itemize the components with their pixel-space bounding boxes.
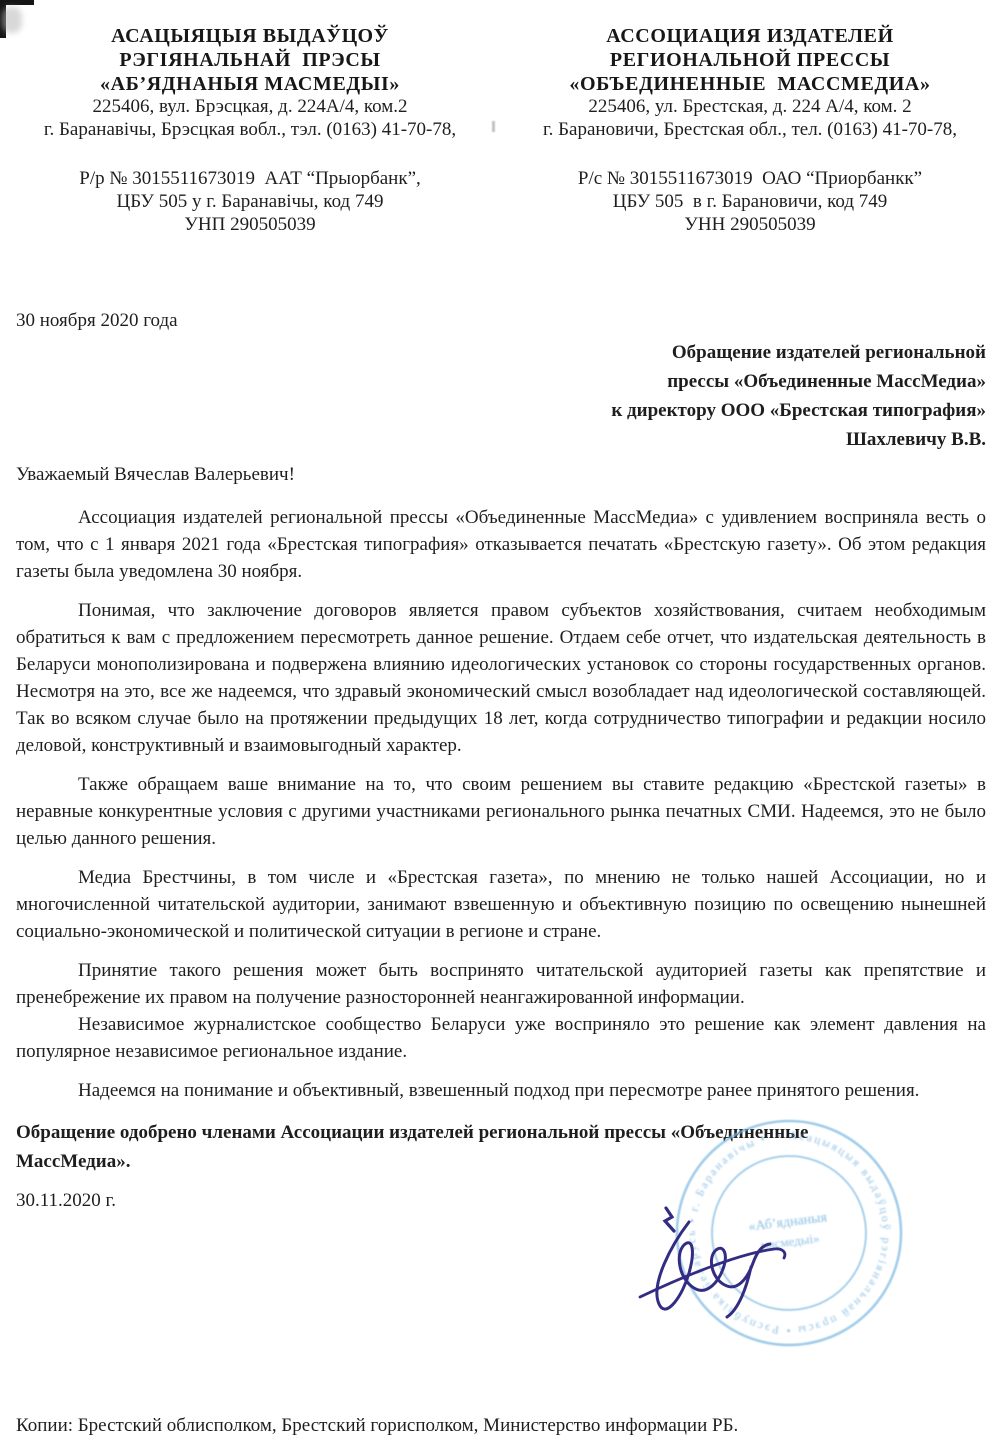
addressee-line: Обращение издателей региональной [0, 338, 986, 367]
body-paragraph: Также обращаем ваше внимание на то, что … [16, 771, 986, 852]
letterhead-line: РЕГИОНАЛЬНОЙ ПРЕССЫ [500, 48, 1000, 72]
letterhead-line: «ОБЪЕДИНЕННЫЕ МАССМЕДИА» [500, 72, 1000, 96]
body-paragraph: Ассоциация издателей региональной прессы… [16, 504, 986, 585]
letterhead-line: УНП 290505039 [0, 213, 500, 236]
addressee-line: к директору ООО «Брестская типография» [0, 396, 986, 425]
org-address-right: 225406, ул. Брестская, д. 224 А/4, ком. … [500, 96, 1000, 141]
addressee-line: прессы «Объединенные МассМедиа» [0, 367, 986, 396]
letter-date: 30 ноября 2020 года [16, 310, 986, 332]
letterhead-line: «АБ’ЯДНАНЫЯ МАСМЕДЫІ» [0, 72, 500, 96]
letterhead-line: АСАЦЫЯЦЫЯ ВЫДАЎЦОЎ [0, 24, 500, 48]
body-paragraph: Надеемся на понимание и объективный, взв… [16, 1077, 986, 1104]
letterhead-line: Р/р № 3015511673019 ААТ “Прыорбанк”, [0, 167, 500, 190]
org-address-left: 225406, вул. Брэсцкая, д. 224А/4, ком.2г… [0, 96, 500, 141]
body-paragraph: Медиа Брестчины, в том числе и «Брестска… [16, 864, 986, 945]
body-paragraph: Независимое журналистское сообщество Бел… [16, 1011, 986, 1065]
letterhead-line: ЦБУ 505 в г. Барановичи, код 749 [500, 190, 1000, 213]
bank-details-left: Р/р № 3015511673019 ААТ “Прыорбанк”,ЦБУ … [0, 167, 500, 236]
body-paragraph: Понимая, что заключение договоров являет… [16, 597, 986, 759]
letter-body: Ассоциация издателей региональной прессы… [16, 504, 986, 1104]
body-paragraph: Принятие такого решения может быть воспр… [16, 957, 986, 1011]
letterhead-line: г. Баранавічы, Брэсцкая вобл., тэл. (016… [0, 119, 500, 142]
letterhead-line: РЭГІЯНАЛЬНАЙ ПРЭСЫ [0, 48, 500, 72]
letterhead-line: 225406, вул. Брэсцкая, д. 224А/4, ком.2 [0, 96, 500, 119]
letterhead-line: г. Барановичи, Брестская обл., тел. (016… [500, 119, 1000, 142]
org-name-left: АСАЦЫЯЦЫЯ ВЫДАЎЦОЎРЭГІЯНАЛЬНАЙ ПРЭСЫ«АБ’… [0, 24, 500, 96]
letterhead-left: АСАЦЫЯЦЫЯ ВЫДАЎЦОЎРЭГІЯНАЛЬНАЙ ПРЭСЫ«АБ’… [0, 24, 500, 236]
scan-artifact [0, 0, 34, 5]
signature-stroke [665, 1208, 674, 1231]
org-name-right: АССОЦИАЦИЯ ИЗДАТЕЛЕЙРЕГИОНАЛЬНОЙ ПРЕССЫ«… [500, 24, 1000, 96]
signature-ink [626, 1194, 804, 1336]
copies-line: Копии: Брестский облисполком, Брестский … [16, 1415, 738, 1437]
salutation: Уважаемый Вячеслав Валерьевич! [16, 464, 1000, 486]
addressee-line: Шахлевичу В.В. [0, 425, 986, 454]
letterhead-line: УНН 290505039 [500, 213, 1000, 236]
signature-stroke [657, 1222, 770, 1317]
addressee-block: Обращение издателей региональнойпрессы «… [0, 338, 1000, 454]
letterhead-right: АССОЦИАЦИЯ ИЗДАТЕЛЕЙРЕГИОНАЛЬНОЙ ПРЕССЫ«… [500, 24, 1000, 236]
scan-artifact [492, 121, 495, 132]
scanned-letter-page: АСАЦЫЯЦЫЯ ВЫДАЎЦОЎРЭГІЯНАЛЬНАЙ ПРЭСЫ«АБ’… [0, 0, 1000, 1447]
letterhead: АСАЦЫЯЦЫЯ ВЫДАЎЦОЎРЭГІЯНАЛЬНАЙ ПРЭСЫ«АБ’… [0, 0, 1000, 236]
letterhead-line: АССОЦИАЦИЯ ИЗДАТЕЛЕЙ [500, 24, 1000, 48]
bank-details-right: Р/с № 3015511673019 ОАО “Приорбанкк”ЦБУ … [500, 167, 1000, 236]
letterhead-line: Р/с № 3015511673019 ОАО “Приорбанкк” [500, 167, 1000, 190]
letterhead-line: ЦБУ 505 у г. Баранавічы, код 749 [0, 190, 500, 213]
scan-artifact [2, 7, 22, 33]
letterhead-line: 225406, ул. Брестская, д. 224 А/4, ком. … [500, 96, 1000, 119]
